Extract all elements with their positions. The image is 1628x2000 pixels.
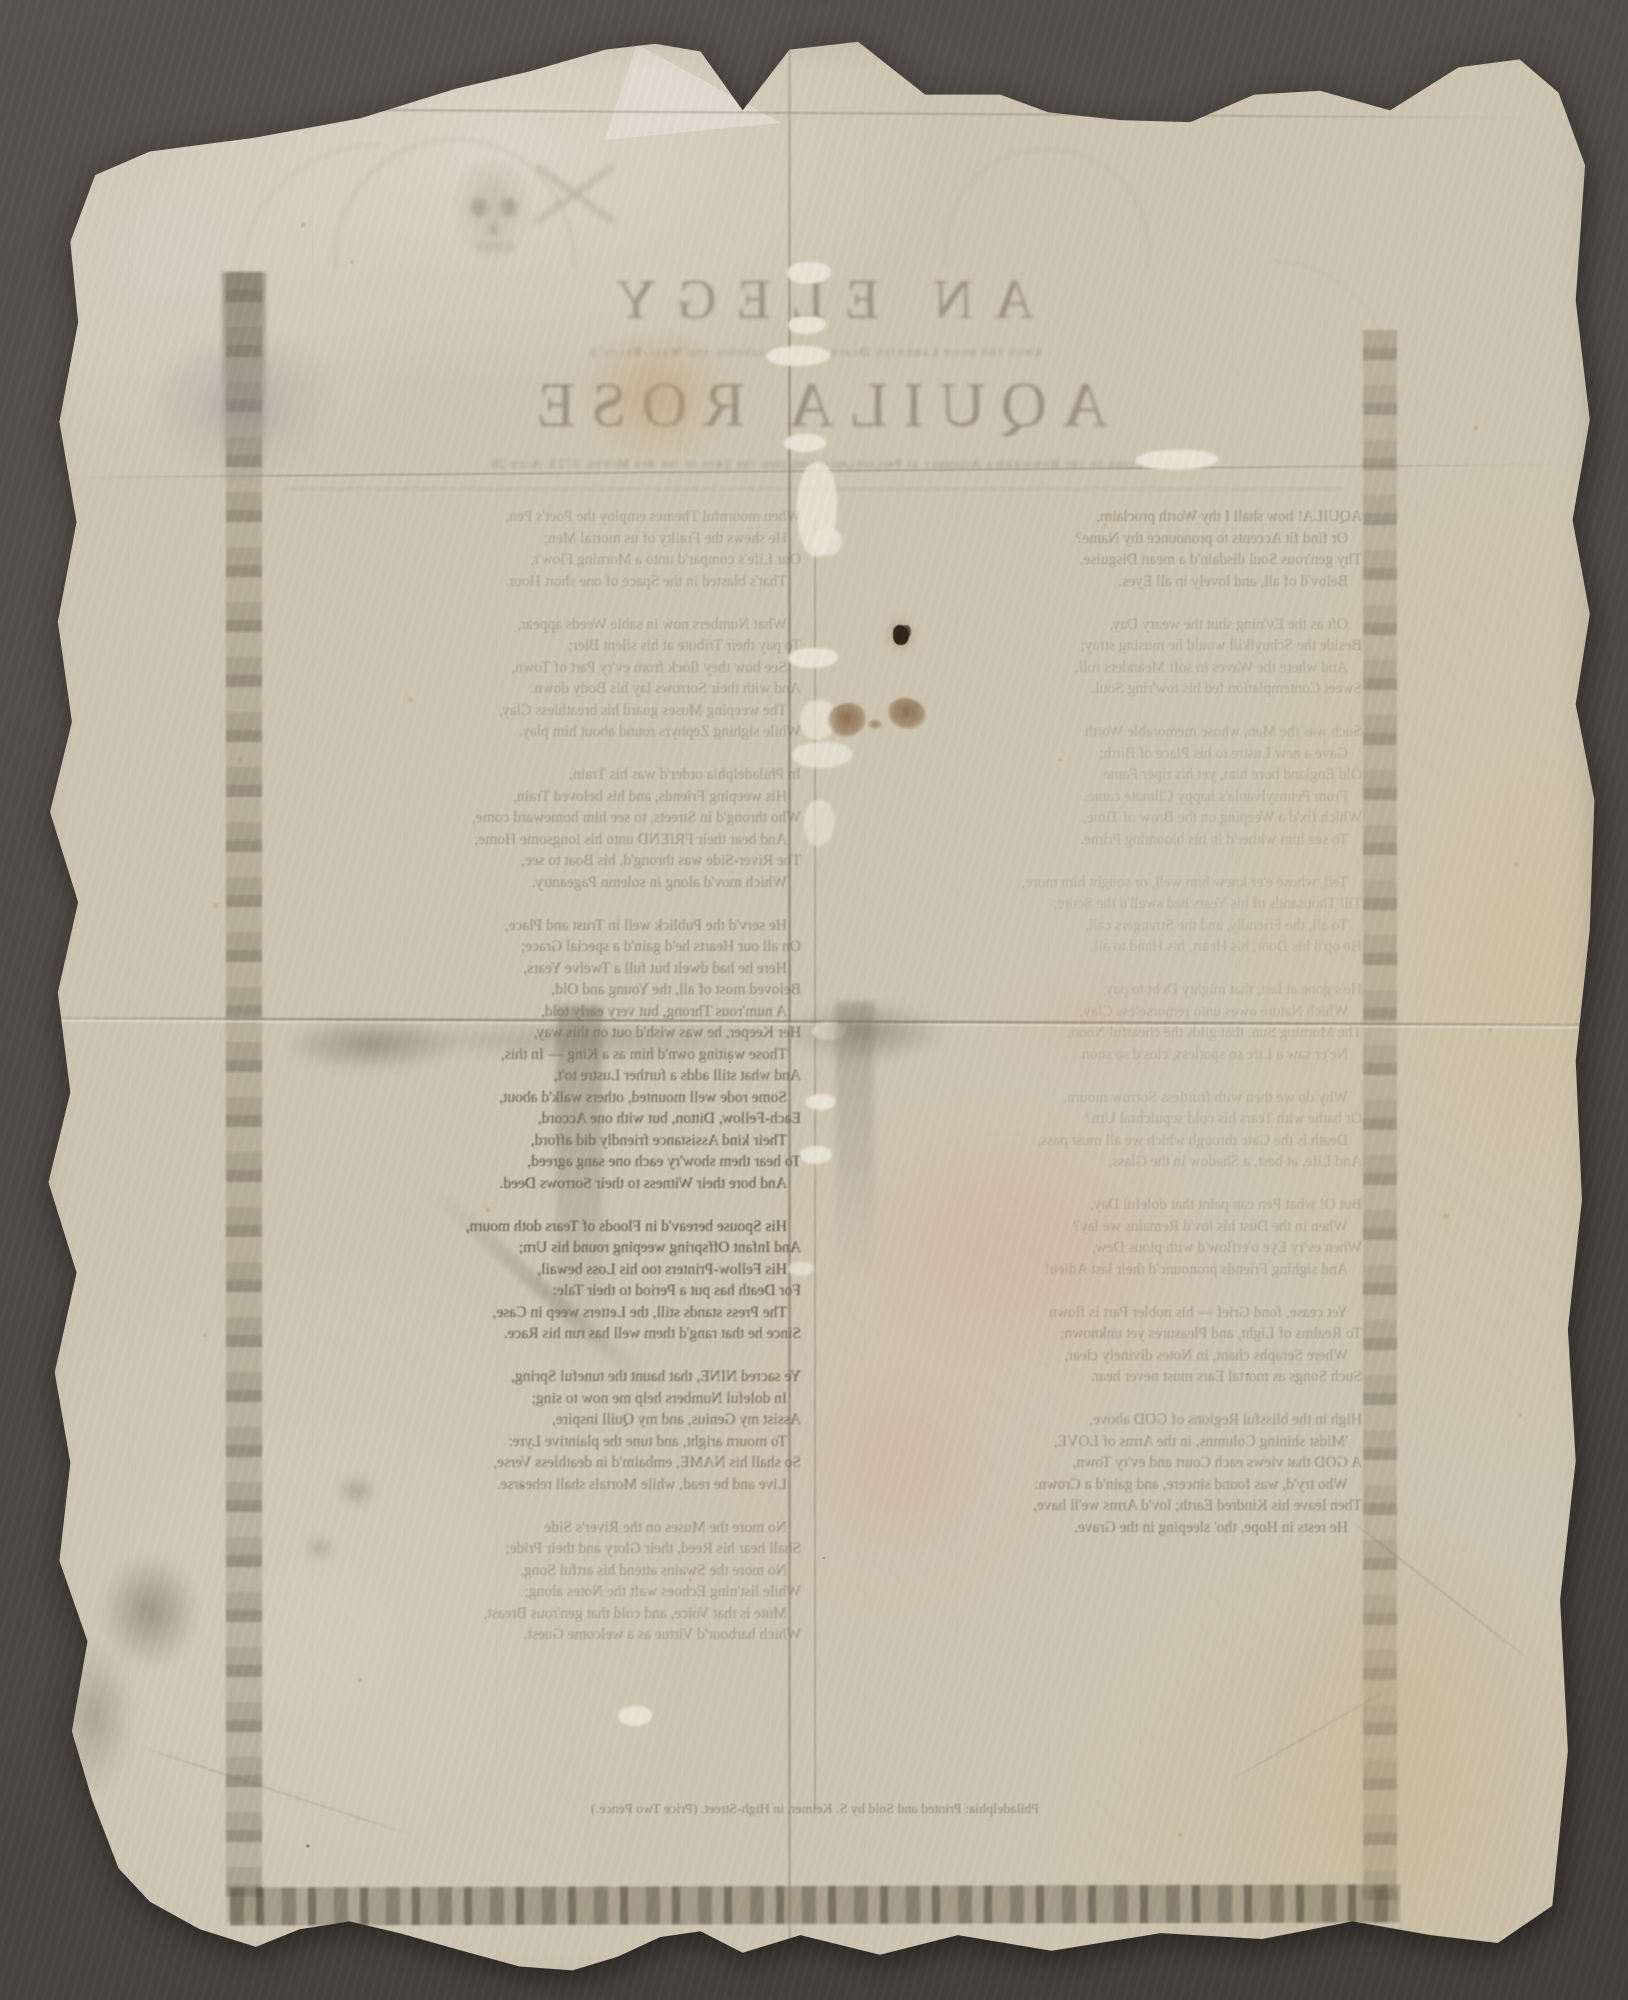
stanza-gap [296, 743, 787, 765]
verse-line-showthrough: Who try'd, was found sincere, and gain'd… [857, 1474, 1348, 1496]
stanza-gap [296, 592, 801, 614]
verse-line-showthrough: He shews the Frailty of us mortal Men; [296, 528, 787, 550]
verse-line-showthrough: The River-Side was throng'd, his Boat to… [296, 850, 801, 872]
verse-line-showthrough: Such was the Man, whose memorable Worth [857, 721, 1362, 743]
verse-line-showthrough: Ye sacred NINE, that haunt the tuneful S… [296, 1366, 801, 1388]
verse-line-showthrough: Those waiting own'd him as a King — In t… [296, 1044, 787, 1066]
verse-line-showthrough: And Infant Offspring weeping round his U… [296, 1237, 801, 1259]
verse-line-showthrough: Thy gen'rous Soul disdain'd a mean Disgu… [857, 549, 1362, 571]
verse-line-showthrough: And bore their Witness to their Sorrows … [296, 1173, 787, 1195]
skull-woodcut-showthrough [452, 162, 534, 260]
verse-line-showthrough: When in the Dust his lov'd Remains we la… [857, 1216, 1348, 1238]
verse-line-showthrough: To see him wither'd in his blooming Prim… [857, 829, 1348, 851]
showthrough-column-screen-left: When mournful Themes employ the Poet's P… [296, 506, 801, 1764]
verse-line-showthrough: Some rode well mounted, others walk'd ab… [296, 1087, 787, 1109]
verse-line-showthrough: Why do we then with fruitless Sorrow mou… [857, 1087, 1348, 1109]
stanza-gap [296, 893, 801, 915]
skull-eye-icon [501, 198, 517, 217]
verse-line-showthrough: Such Songs as mortal Ears must never hea… [857, 1366, 1362, 1388]
verse-line-showthrough: Tell, whose e'er knew him well, or sough… [857, 872, 1348, 894]
paper-shadow-wrap: AN ELEGY Upon the much Lamented Death of… [0, 0, 1628, 2000]
verse-line-showthrough: Death is the Gate through which we all m… [857, 1130, 1348, 1152]
verse-line-showthrough: From Pennsylvania's happy Climate came. [857, 786, 1348, 808]
stanza-gap [296, 1495, 801, 1517]
showthrough-subtitle: Upon the much Lamented Death of the Inge… [240, 344, 1390, 360]
verse-line-showthrough: He rests in Hope, tho' sleeping in the G… [857, 1517, 1348, 1539]
stanza-gap [296, 1345, 787, 1367]
verse-line-showthrough: The Morning Sun, that gilds the chearful… [857, 1022, 1362, 1044]
verse-line-showthrough: Sweet Contemplation fed his tow'ring Sou… [857, 678, 1362, 700]
verse-line-showthrough: Yet cease, fond Grief — his nobler Part … [857, 1302, 1348, 1324]
verse-line-showthrough: Beloved most of all, the Young and Old, [296, 979, 801, 1001]
verse-line-showthrough: Beside the Schuylkill would he musing st… [857, 635, 1362, 657]
verse-line-showthrough: And with their Sorrows lay his Body down… [296, 678, 801, 700]
stanza-gap [857, 1280, 1362, 1302]
verse-line-showthrough: Old England bore him, yet his riper Fame [857, 764, 1362, 786]
verse-line-showthrough: Our Life's compar'd unto a Morning Flow'… [296, 549, 801, 571]
verse-line-showthrough: High in the blissful Regions of GOD abov… [857, 1409, 1362, 1431]
verse-line-showthrough: Mute is that Voice, and cold that gen'ro… [296, 1603, 787, 1625]
showthrough-header: AN ELEGY Upon the much Lamented Death of… [240, 120, 1390, 490]
stanza-gap [857, 1173, 1348, 1195]
gray-blob-left-edge-2 [54, 1640, 134, 1792]
verse-line-showthrough: Which Nature owes unto remorseless Clay; [857, 1001, 1348, 1023]
showthrough-imprint: Philadelphia: Printed and Sold by S. Kei… [240, 1802, 1390, 1818]
skull-eye-icon [471, 198, 487, 217]
verse-line-showthrough: To pay their Tribute at his silent Bier; [296, 635, 801, 657]
verse-line-showthrough: Shall hear his Reed, their Glory and the… [296, 1538, 801, 1560]
verse-line-showthrough: AQUILA! how shall I thy Worth proclaim, [857, 506, 1362, 528]
verse-line-showthrough: To Realms of Light, and Pleasures yet un… [857, 1323, 1362, 1345]
verse-line-showthrough: His weeping Friends, and his beloved Tra… [296, 786, 787, 808]
verse-line-showthrough: Assist my Genius, and my Quill inspire, [296, 1409, 801, 1431]
stanza-gap [857, 958, 1348, 980]
verse-line-showthrough: To all, the Friendly, and the Strangers … [857, 915, 1348, 937]
verse-line-showthrough: So shall his NAME, embalm'd in deathless… [296, 1452, 801, 1474]
verse-line-showthrough: See how they flock from ev'ry Part of To… [296, 657, 787, 679]
showthrough-dateline: Clerk to the Honourable Assembly at Phil… [240, 456, 1390, 472]
verse-line-showthrough: To hear them show'ry each one sang agree… [296, 1151, 801, 1173]
verse-line-showthrough: No more the Swains attend his artful Son… [296, 1560, 787, 1582]
stanza-gap [296, 1194, 801, 1216]
showthrough-column-screen-right: AQUILA! how shall I thy Worth proclaim,O… [857, 506, 1362, 1764]
skull-teeth-icon [473, 242, 513, 252]
photograph-of-broadside-verso: AN ELEGY Upon the much Lamented Death of… [0, 0, 1628, 2000]
verse-line-showthrough: Since he that rang'd them well has run h… [296, 1323, 801, 1345]
verse-line-showthrough: When ev'ry Eye o'erflow'd with pious Dew… [857, 1237, 1362, 1259]
gray-blob-left-edge [100, 1555, 200, 1667]
verse-line-showthrough: But O! what Pen can paint that doleful D… [857, 1194, 1362, 1216]
verse-line-showthrough: Here he had dwelt but full a Twelve Year… [296, 958, 787, 980]
verse-line-showthrough: In Philadelphia order'd was his Train, [296, 764, 801, 786]
stanza-gap [857, 850, 1362, 872]
verse-line-showthrough: A num'rous Throng, but very early told, [296, 1001, 787, 1023]
verse-line-showthrough: Which harbour'd Virtue as a welcome Gues… [296, 1624, 801, 1646]
verse-line-showthrough: And where the Waves in soft Meanders rol… [857, 657, 1348, 679]
verse-line-showthrough: Or bathe with Tears his cold sepulchral … [857, 1108, 1362, 1130]
verse-line-showthrough: Live and be read, while Mortals shall re… [296, 1474, 787, 1496]
verse-line-showthrough: That's blasted in the Space of one short… [296, 571, 787, 593]
verse-line-showthrough: Each-Fellow, Ditton, but with one Accord… [296, 1108, 801, 1130]
verse-line-showthrough: While list'ning Echoes waft the Notes al… [296, 1581, 801, 1603]
verse-line-showthrough: He serv'd the Publick well in Trust and … [296, 915, 787, 937]
stanza-gap [857, 1065, 1362, 1087]
stanza-gap [857, 1388, 1348, 1410]
verse-line-showthrough: His Fellow-Printers too his Loss bewail, [296, 1259, 787, 1281]
verse-line-showthrough: He op'd his Door, his Heart, his Hand to… [857, 936, 1362, 958]
stanza-gap [857, 700, 1348, 722]
verse-line-showthrough: 'Midst shining Columns, in the Arms of L… [857, 1431, 1348, 1453]
verse-line-showthrough: For Death has put a Period to their Tale… [296, 1280, 801, 1302]
verse-line-showthrough: And bear their FRIEND unto his longsome … [296, 829, 787, 851]
verse-line-showthrough: Their kind Assistance friendly did affor… [296, 1130, 787, 1152]
skull-nose-icon [488, 220, 499, 234]
verse-line-showthrough: A GOD that views each Court and ev'ry To… [857, 1452, 1362, 1474]
verse-line-showthrough: Which mov'd along in solemn Pageantry. [296, 872, 787, 894]
verse-line-showthrough: He's gone at last, that mighty Debt to p… [857, 979, 1362, 1001]
showthrough-mirrored-print: AN ELEGY Upon the much Lamented Death of… [240, 120, 1390, 1895]
verse-line-showthrough: The Press stands still, the Letters weep… [296, 1302, 787, 1324]
header-rule-showthrough [286, 488, 1344, 490]
verse-line-showthrough: No more the Muses on the River's Side [296, 1517, 787, 1539]
verse-line-showthrough: While sighing Zephyrs round about him pl… [296, 721, 801, 743]
verse-line-showthrough: What Numbers now in sable Weeds appear, [296, 614, 787, 636]
verse-line-showthrough: The weeping Muses guard his breathless C… [296, 700, 787, 722]
verse-line-showthrough: Ne'er saw a Life so spotless, clos'd so … [857, 1044, 1348, 1066]
verse-line-showthrough: And what still adds a further Lustre to'… [296, 1065, 801, 1087]
verse-line-showthrough: Belov'd of all, and lovely in all Eyes. [857, 571, 1348, 593]
verse-line-showthrough: Then leave his Kindred Earth; lov'd Arms… [857, 1495, 1362, 1517]
verse-line-showthrough: When mournful Themes employ the Poet's P… [296, 506, 801, 528]
verse-line-showthrough: Or find fit Accents to pronounce thy Nam… [857, 528, 1348, 550]
verse-line-showthrough: Where Seraphs chant, in Notes divinely c… [857, 1345, 1348, 1367]
verse-line-showthrough: Till Thousands of his Years had swell'd … [857, 893, 1362, 915]
verse-line-showthrough: To mourn aright, and tune the plaintive … [296, 1431, 787, 1453]
verse-line-showthrough: And Life, at best, a Shadow in the Glass… [857, 1151, 1362, 1173]
verse-line-showthrough: And sighing Friends pronounc'd their las… [857, 1259, 1348, 1281]
verse-line-showthrough: Her Keeper, he was wish'd out on this wa… [296, 1022, 801, 1044]
crease-top [96, 107, 1536, 119]
verse-line-showthrough: His Spouse bereav'd in Floods of Tears d… [296, 1216, 787, 1238]
verse-line-showthrough: Who throng'd in Streets, to see him home… [296, 807, 801, 829]
column-rule-showthrough [815, 520, 817, 1810]
verse-line-showthrough: In doleful Numbers help me now to sing; [296, 1388, 787, 1410]
verse-line-showthrough: Which fix'd a Weeping on the Brow of Tim… [857, 807, 1362, 829]
showthrough-name-line: AQUILA ROSE [240, 368, 1390, 442]
verse-line-showthrough: Oft as the Ev'ning shut the weary Day, [857, 614, 1348, 636]
verse-line-showthrough: On all our Hearts he'd gain'd a special … [296, 936, 801, 958]
broadside-sheet: AN ELEGY Upon the much Lamented Death of… [36, 30, 1596, 1990]
verse-line-showthrough: Gave a new Lustre to his Place of Birth; [857, 743, 1348, 765]
stanza-gap [857, 592, 1362, 614]
